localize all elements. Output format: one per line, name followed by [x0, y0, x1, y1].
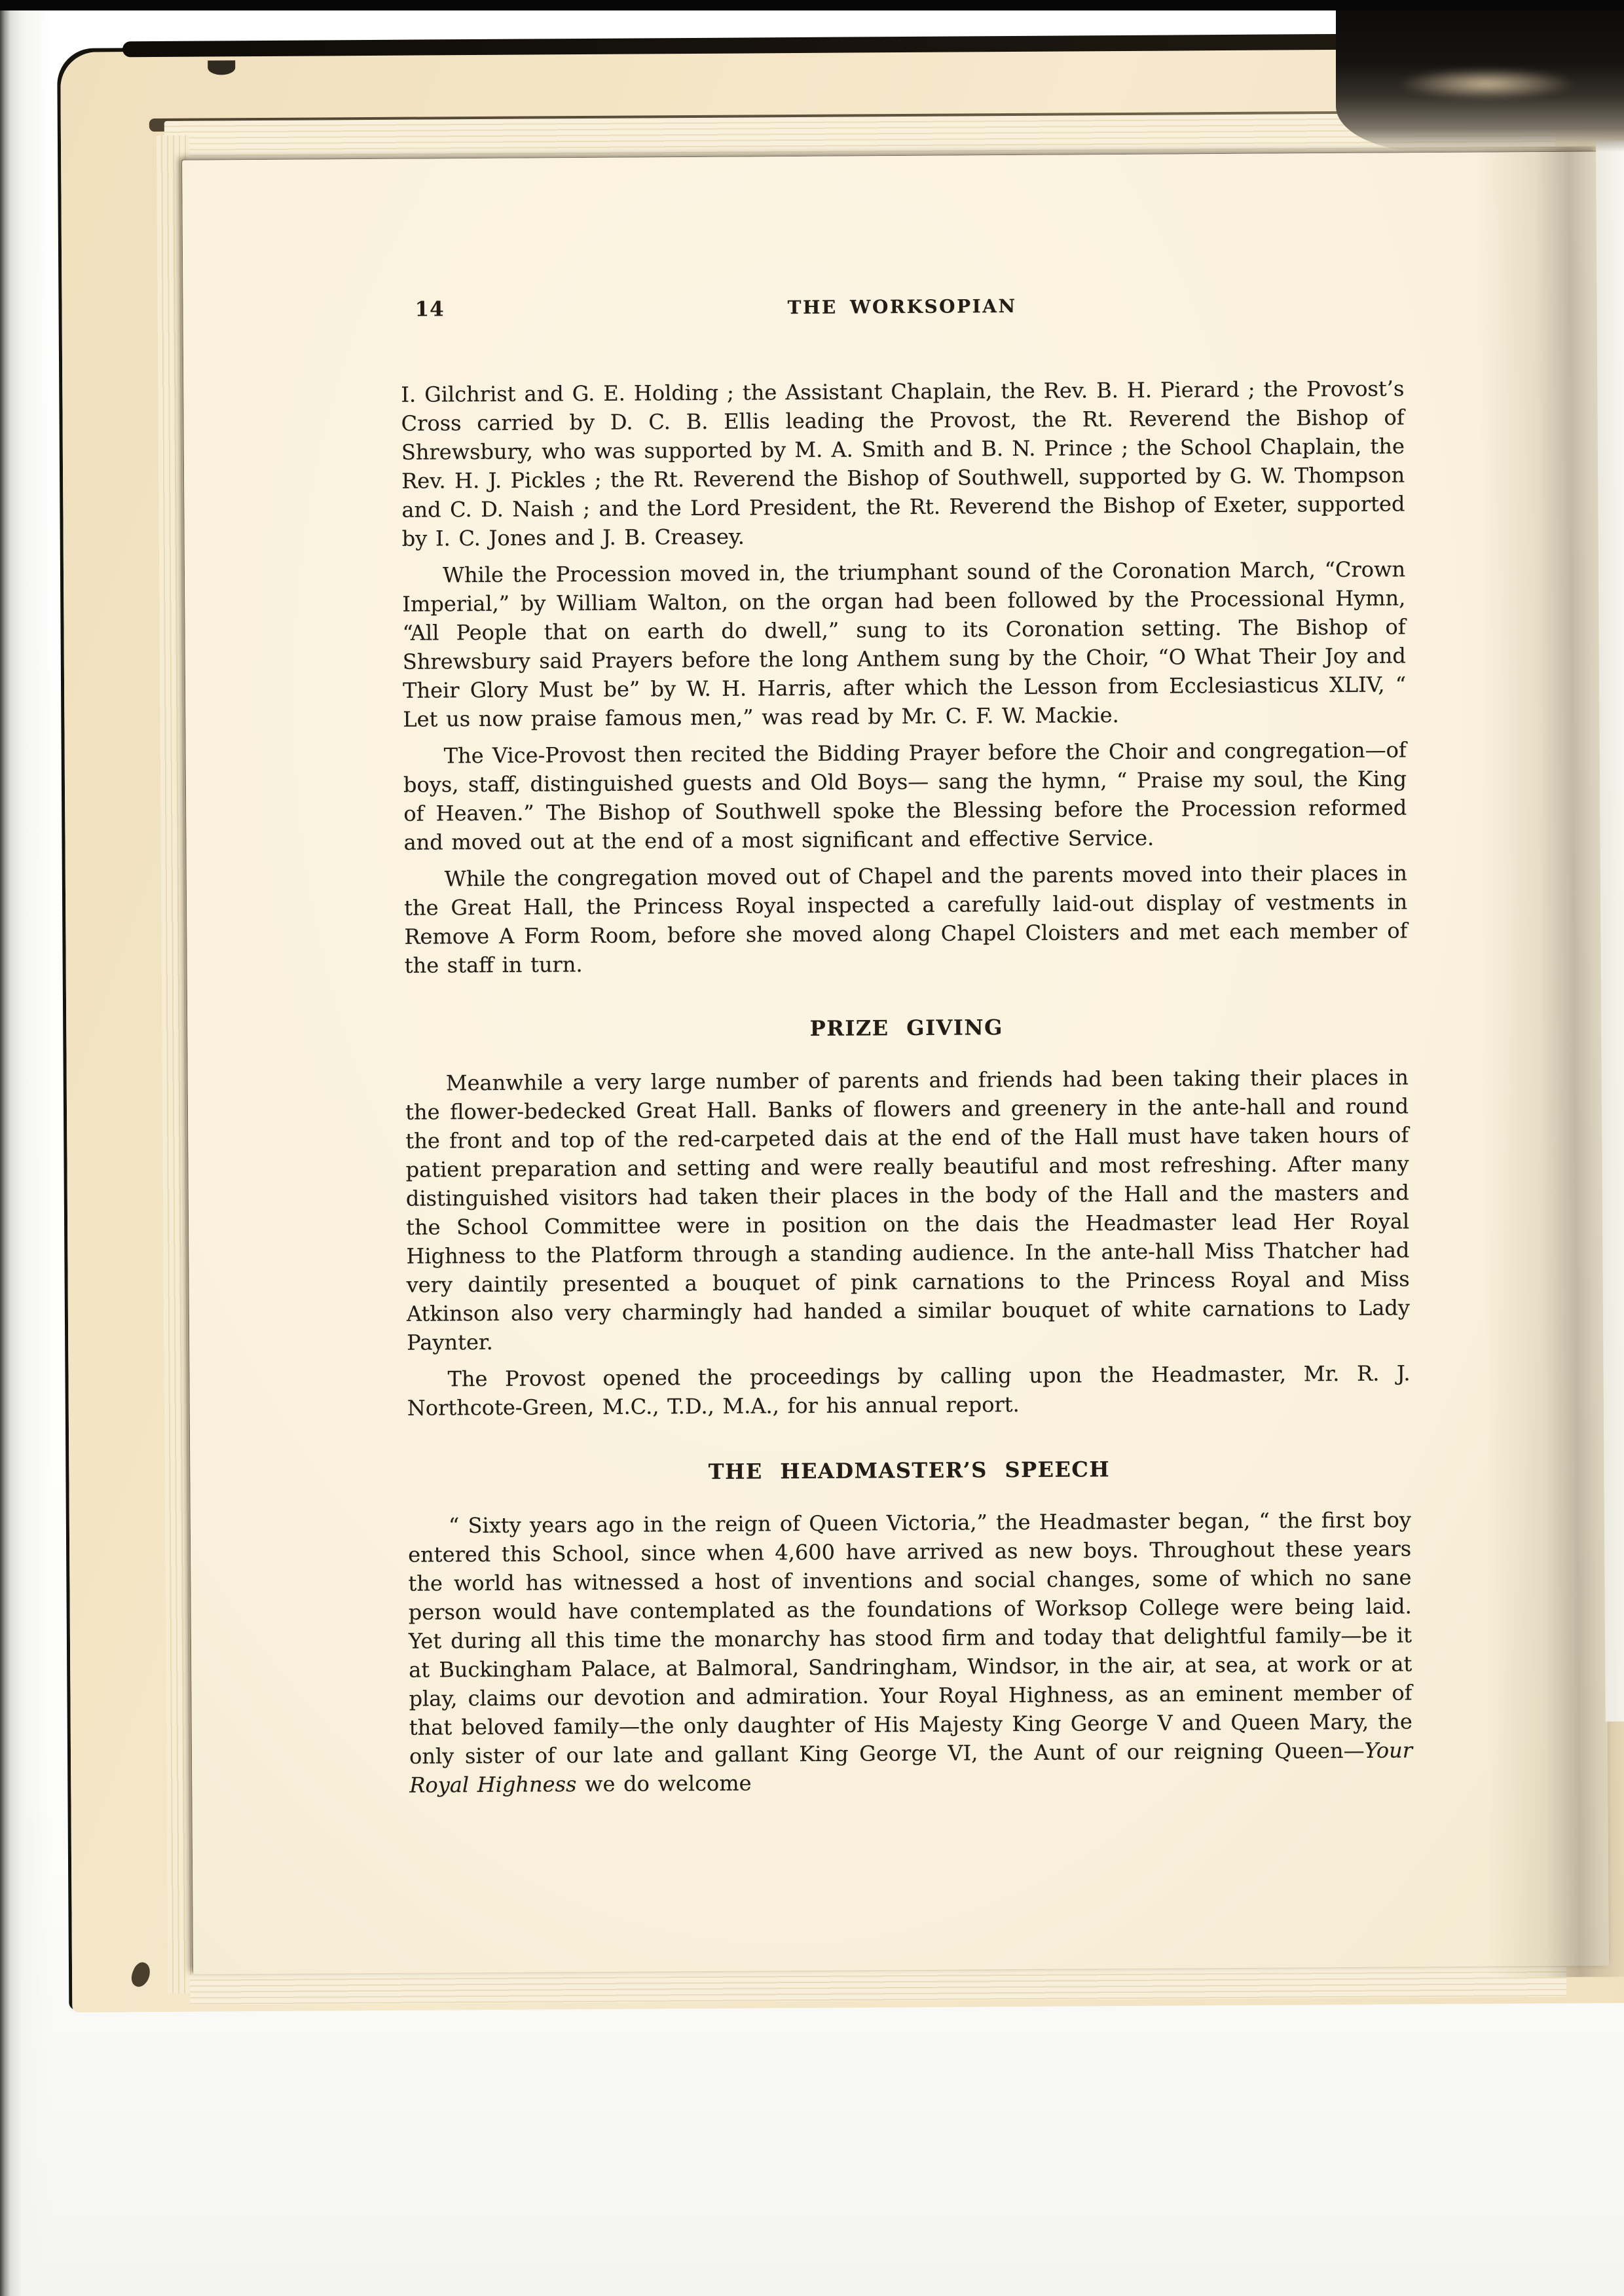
scanner-top-strip: [0, 0, 1624, 10]
paragraph-speech: “ Sixty years ago in the reign of Queen …: [408, 1505, 1413, 1799]
book-page: 14 THE WORKSOPIAN I. Gilchrist and G. E.…: [182, 152, 1609, 1975]
speech-tail: we do welcome: [576, 1770, 751, 1796]
paragraph: While the congregation moved out of Chap…: [404, 858, 1408, 979]
paragraph: I. Gilchrist and G. E. Holding ; the Ass…: [401, 374, 1405, 553]
open-book: 14 THE WORKSOPIAN I. Gilchrist and G. E.…: [47, 28, 1624, 2013]
cover-nick: [128, 1960, 153, 1990]
speech-lead: “ Sixty years ago in the reign of Queen …: [408, 1507, 1412, 1768]
top-right-cover-highlight: [1369, 63, 1604, 105]
scanned-book-photo: 14 THE WORKSOPIAN I. Gilchrist and G. E.…: [0, 0, 1624, 2296]
page-content: 14 THE WORKSOPIAN I. Gilchrist and G. E.…: [182, 152, 1609, 1975]
paragraph: Meanwhile a very large number of parents…: [405, 1063, 1411, 1357]
journal-title: THE WORKSOPIAN: [400, 293, 1403, 320]
paragraph: While the Procession moved in, the trium…: [402, 555, 1407, 733]
section-heading-prize-giving: PRIZE GIVING: [405, 1010, 1408, 1045]
running-head: 14 THE WORKSOPIAN: [400, 291, 1403, 325]
scanner-left-edge-shading: [0, 0, 52, 2296]
article-body: I. Gilchrist and G. E. Holding ; the Ass…: [401, 374, 1412, 1799]
paragraph: The Provost opened the proceedings by ca…: [407, 1358, 1411, 1422]
paragraph: The Vice-Provost then recited the Biddin…: [403, 735, 1407, 856]
cover-nick: [208, 60, 235, 75]
section-heading-headmasters-speech: THE HEADMASTER’S SPEECH: [407, 1453, 1411, 1487]
